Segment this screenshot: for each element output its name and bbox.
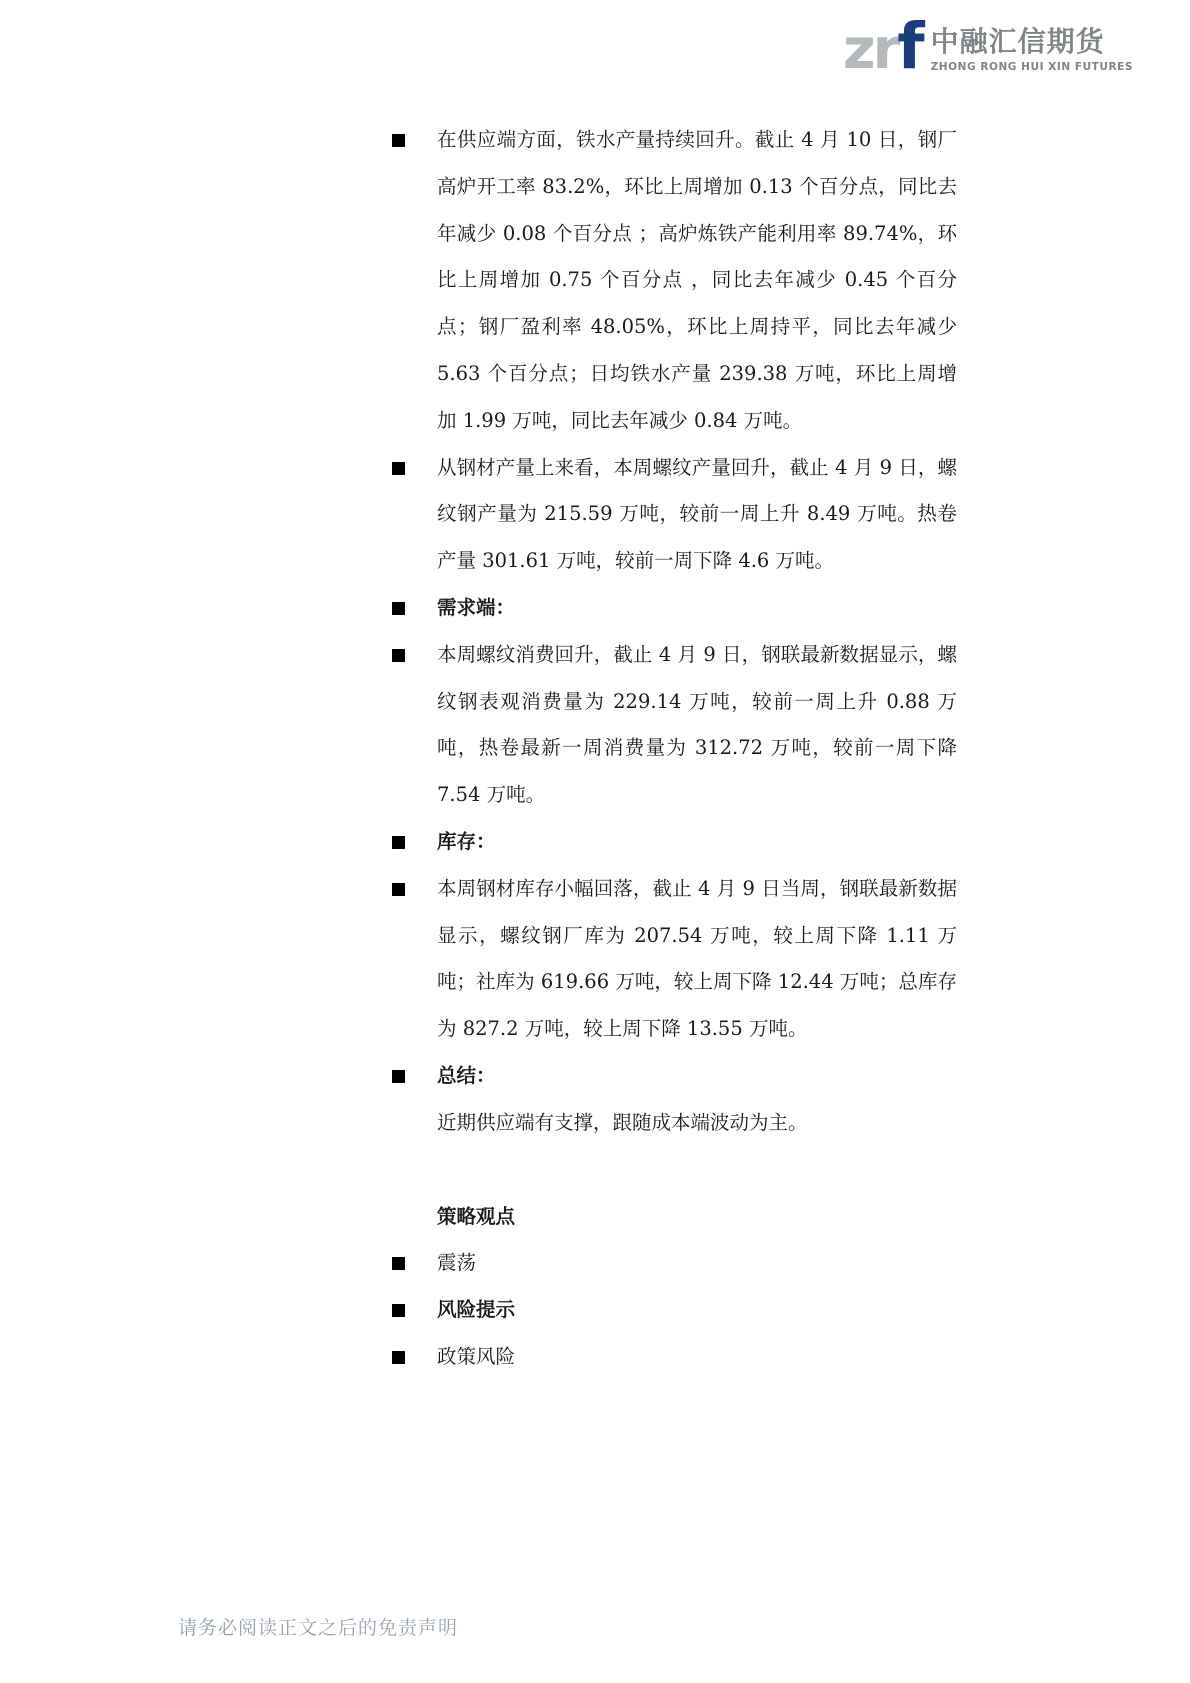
list-item-text: 库存：: [437, 830, 496, 853]
list-item-inventory-label: 库存：: [390, 819, 957, 866]
bullet-square-icon: [392, 1304, 405, 1317]
bullet-square-icon: [392, 836, 405, 849]
logo-f-letter: f: [897, 10, 921, 83]
report-page: zrf 中融汇信期货 ZHONG RONG HUI XIN FUTURES 在供…: [0, 0, 1190, 1683]
company-logo: zrf 中融汇信期货 ZHONG RONG HUI XIN FUTURES: [843, 18, 1133, 76]
bullet-square-icon: [392, 462, 405, 475]
bullet-square-icon: [392, 1257, 405, 1270]
list-item-supply: 在供应端方面，铁水产量持续回升。截止 4 月 10 日，钢厂高炉开工率 83.2…: [390, 117, 957, 445]
list-item-text: 需求端：: [437, 596, 515, 619]
report-body: 在供应端方面，铁水产量持续回升。截止 4 月 10 日，钢厂高炉开工率 83.2…: [390, 117, 957, 1381]
company-name-chinese: 中融汇信期货: [931, 28, 1133, 56]
list-item-text: 在供应端方面，铁水产量持续回升。截止 4 月 10 日，钢厂高炉开工率 83.2…: [437, 128, 957, 432]
list-item-steel-output: 从钢材产量上来看，本周螺纹产量回升，截止 4 月 9 日，螺纹钢产量为 215.…: [390, 445, 957, 585]
bullet-square-icon: [392, 602, 405, 615]
bullet-square-icon: [392, 1070, 405, 1083]
list-item-text: 震荡: [437, 1251, 476, 1274]
list-item-text: 本周螺纹消费回升，截止 4 月 9 日，钢联最新数据显示，螺纹钢表观消费量为 2…: [437, 643, 957, 806]
bullet-square-icon: [392, 883, 405, 896]
heading-text: 策略观点: [437, 1205, 515, 1228]
list-item-risk-detail: 政策风险: [390, 1334, 957, 1381]
disclaimer-note: 请务必阅读正文之后的免责声明: [178, 1613, 458, 1640]
logo-wordmark: 中融汇信期货 ZHONG RONG HUI XIN FUTURES: [931, 28, 1133, 73]
logo-zr-letters: zr: [843, 17, 897, 82]
bullet-square-icon: [392, 134, 405, 147]
list-item-text: 总结：: [437, 1064, 496, 1087]
list-item-risk-label: 风险提示: [390, 1287, 957, 1334]
list-item-summary-label: 总结：: [390, 1053, 957, 1100]
strategy-view-heading: 策略观点: [390, 1194, 957, 1241]
logo-zrf-mark: zrf: [843, 18, 922, 76]
list-item-strategy: 震荡: [390, 1240, 957, 1287]
list-item-text: 从钢材产量上来看，本周螺纹产量回升，截止 4 月 9 日，螺纹钢产量为 215.…: [437, 456, 957, 573]
summary-text: 近期供应端有支撑，跟随成本端波动为主。: [390, 1100, 957, 1147]
company-name-english: ZHONG RONG HUI XIN FUTURES: [931, 61, 1133, 73]
list-item-demand-detail: 本周螺纹消费回升，截止 4 月 9 日，钢联最新数据显示，螺纹钢表观消费量为 2…: [390, 632, 957, 819]
bullet-square-icon: [392, 1351, 405, 1364]
list-item-text: 近期供应端有支撑，跟随成本端波动为主。: [437, 1111, 808, 1134]
bullet-square-icon: [392, 649, 405, 662]
list-item-inventory-detail: 本周钢材库存小幅回落，截止 4 月 9 日当周，钢联最新数据显示，螺纹钢厂库为 …: [390, 866, 957, 1053]
list-item-demand-label: 需求端：: [390, 585, 957, 632]
list-item-text: 政策风险: [437, 1345, 515, 1368]
list-item-text: 本周钢材库存小幅回落，截止 4 月 9 日当周，钢联最新数据显示，螺纹钢厂库为 …: [437, 877, 957, 1040]
list-item-text: 风险提示: [437, 1298, 515, 1321]
